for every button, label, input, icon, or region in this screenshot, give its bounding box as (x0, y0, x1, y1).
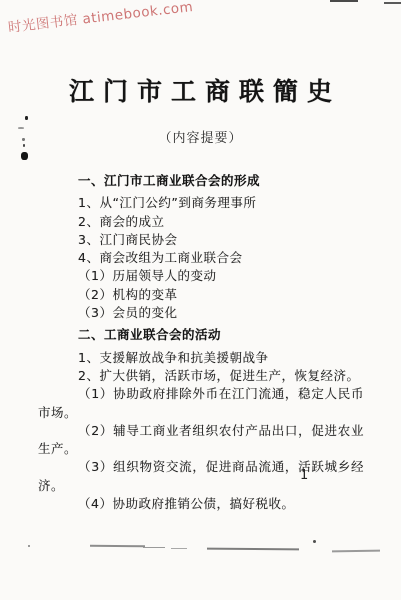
outline-item: 2、商会的成立 (38, 213, 364, 231)
page-number: 1 (300, 468, 308, 483)
scan-artifact-line (171, 548, 187, 549)
outline-item: （2）辅导工商业者组织农付产品出口，促进农业生产。 (38, 422, 364, 459)
scan-artifact-line (143, 547, 165, 548)
scan-artifact-line (90, 545, 145, 548)
scan-speck (21, 152, 28, 160)
outline-item: （3）会员的变化 (38, 304, 364, 322)
outline-item: 4、商会改组为工商业联合会 (38, 249, 364, 267)
outline-item: 1、从“江门公约”到商务理事所 (38, 194, 364, 212)
outline-item: （1）历届领导人的变动 (38, 267, 364, 285)
outline-item: 3、江门商民协会 (38, 231, 364, 249)
scanned-book-page: 时光图书馆 atimebook.com 江门市工商联簡史 （内容提要） 一、江门… (0, 0, 401, 600)
scan-artifact-dash (384, 2, 401, 4)
page-title: 江门市工商联簡史 (0, 72, 401, 108)
scan-speck (25, 116, 28, 120)
outline-item: （4）协助政府推销公债，搞好税收。 (38, 495, 364, 513)
section-2-heading: 二、工商业联合会的活动 (78, 326, 364, 344)
outline-item: （2）机构的变革 (38, 286, 364, 304)
scan-artifact-dot (313, 540, 316, 543)
scan-artifact-dot (28, 545, 30, 547)
outline-body: 一、江门市工商业联合会的形成 1、从“江门公约”到商务理事所 2、商会的成立 3… (38, 172, 364, 513)
outline-item: （3）组织物资交流，促进商品流通，活跃城乡经济。 (38, 458, 364, 495)
scan-artifact-dash (330, 0, 358, 2)
outline-item: （1）协助政府排除外币在江门流通，稳定人民币市场。 (38, 385, 364, 422)
outline-item: 1、支援解放战争和抗美援朝战争 (38, 349, 364, 367)
outline-item: 2、扩大供销，活跃市场，促进生产，恢复经济。 (38, 367, 364, 385)
scan-artifact-line (332, 550, 380, 553)
scan-artifact-line (207, 548, 299, 551)
section-1-heading: 一、江门市工商业联合会的形成 (78, 172, 364, 190)
watermark-text: 时光图书馆 atimebook.com (7, 0, 194, 36)
page-subtitle: （内容提要） (0, 127, 401, 146)
